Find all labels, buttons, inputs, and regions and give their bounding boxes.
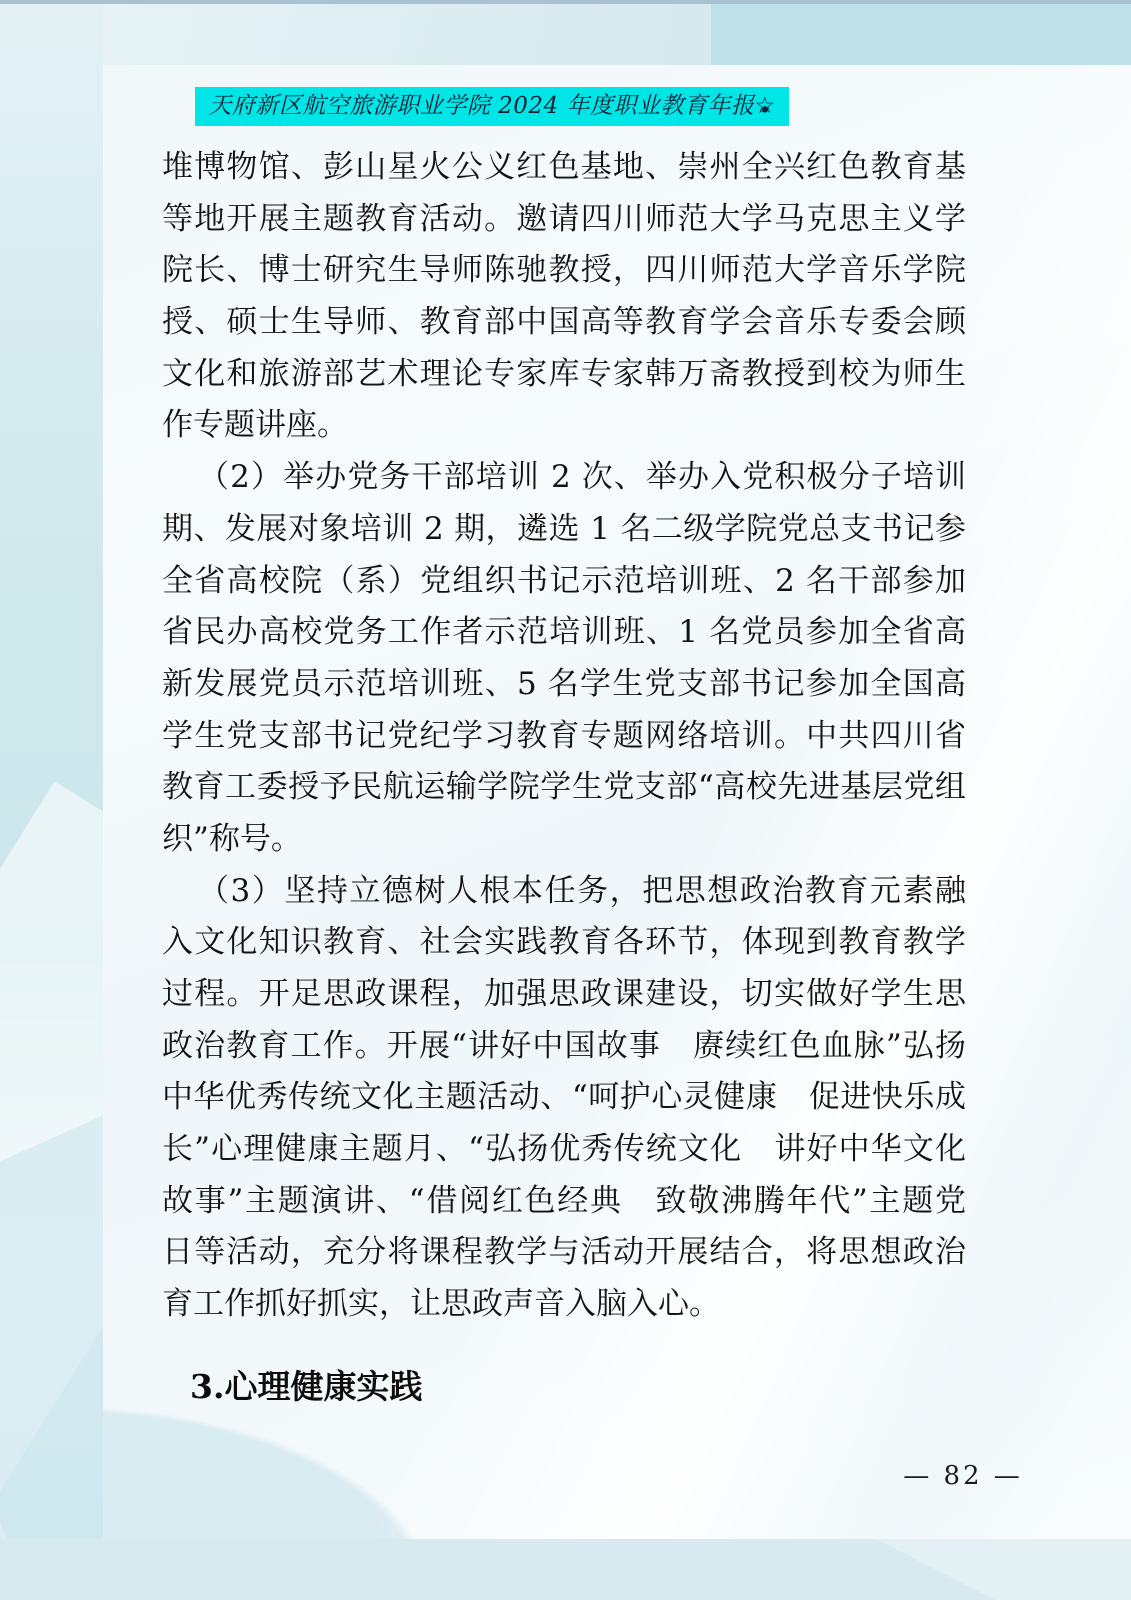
body-line: 长”心理健康主题月、“弘扬优秀传统文化 讲好中华文化	[162, 1124, 966, 1176]
body-line: 入文化知识教育、社会实践教育各环节，体现到教育教学全	[162, 917, 966, 969]
body-line: 期、发展对象培训 2 期，遴选 1 名二级学院党总支书记参加	[162, 504, 966, 556]
document-page: 天府新区航空旅游职业学院 2024 年度职业教育年报☆● 堆博物馆、彭山星火公义…	[103, 65, 1131, 1539]
document-canvas: { "page": { "header": { "title": "天府新区航空…	[0, 0, 1131, 1600]
body-line: 堆博物馆、彭山星火公义红色基地、崇州全兴红色教育基地	[162, 142, 966, 194]
body-line: 教育工委授予民航运输学院学生党支部“高校先进基层党组	[162, 762, 966, 814]
body-line: 省民办高校党务工作者示范培训班、1 名党员参加全省高校	[162, 607, 966, 659]
page-number: — 82 —	[833, 1461, 1093, 1491]
body-line: 授、硕士生导师、教育部中国高等教育学会音乐专委会顾问、	[162, 297, 966, 349]
body-line: 新发展党员示范培训班、5 名学生党支部书记参加全国高校	[162, 659, 966, 711]
body-line: 过程。开足思政课程，加强思政课建设，切实做好学生思想	[162, 969, 966, 1021]
page-header-title: 天府新区航空旅游职业学院 2024 年度职业教育年报	[208, 93, 754, 119]
body-line: 院长、博士研究生导师陈驰教授，四川师范大学音乐学院教	[162, 245, 966, 297]
body-line: 文化和旅游部艺术理论专家库专家韩万斋教授到校为师生	[162, 349, 966, 401]
body-line: 中华优秀传统文化主题活动、“呵护心灵健康 促进快乐成	[162, 1072, 966, 1124]
body-line: 政治教育工作。开展“讲好中国故事 赓续红色血脉”弘扬	[162, 1021, 966, 1073]
background-band-top-right	[711, 4, 1131, 66]
section-heading: 3.心理健康实践	[162, 1361, 966, 1413]
page-header-highlight: 天府新区航空旅游职业学院 2024 年度职业教育年报☆●	[195, 87, 789, 126]
body-line: 日等活动，充分将课程教学与活动开展结合，将思想政治教	[162, 1227, 966, 1279]
body-line: 学生党支部书记党纪学习教育专题网络培训。中共四川省委	[162, 711, 966, 763]
body-line: 故事”主题演讲、“借阅红色经典 致敬沸腾年代”主题党	[162, 1176, 966, 1228]
body-line: 育工作抓好抓实，让思政声音入脑入心。	[162, 1279, 966, 1331]
body-line: 织”称号。	[162, 814, 966, 866]
body-line: 等地开展主题教育活动。邀请四川师范大学马克思主义学院	[162, 194, 966, 246]
body-line: 全省高校院（系）党组织书记示范培训班、2 名干部参加全	[162, 556, 966, 608]
body-line: （2）举办党务干部培训 2 次、举办入党积极分子培训 2	[162, 452, 966, 504]
body-line: 作专题讲座。	[162, 400, 966, 452]
body-text: 堆博物馆、彭山星火公义红色基地、崇州全兴红色教育基地等地开展主题教育活动。邀请四…	[162, 142, 966, 1413]
body-line: （3）坚持立德树人根本任务，把思想政治教育元素融	[162, 866, 966, 918]
star-icon: ☆●	[755, 87, 776, 126]
